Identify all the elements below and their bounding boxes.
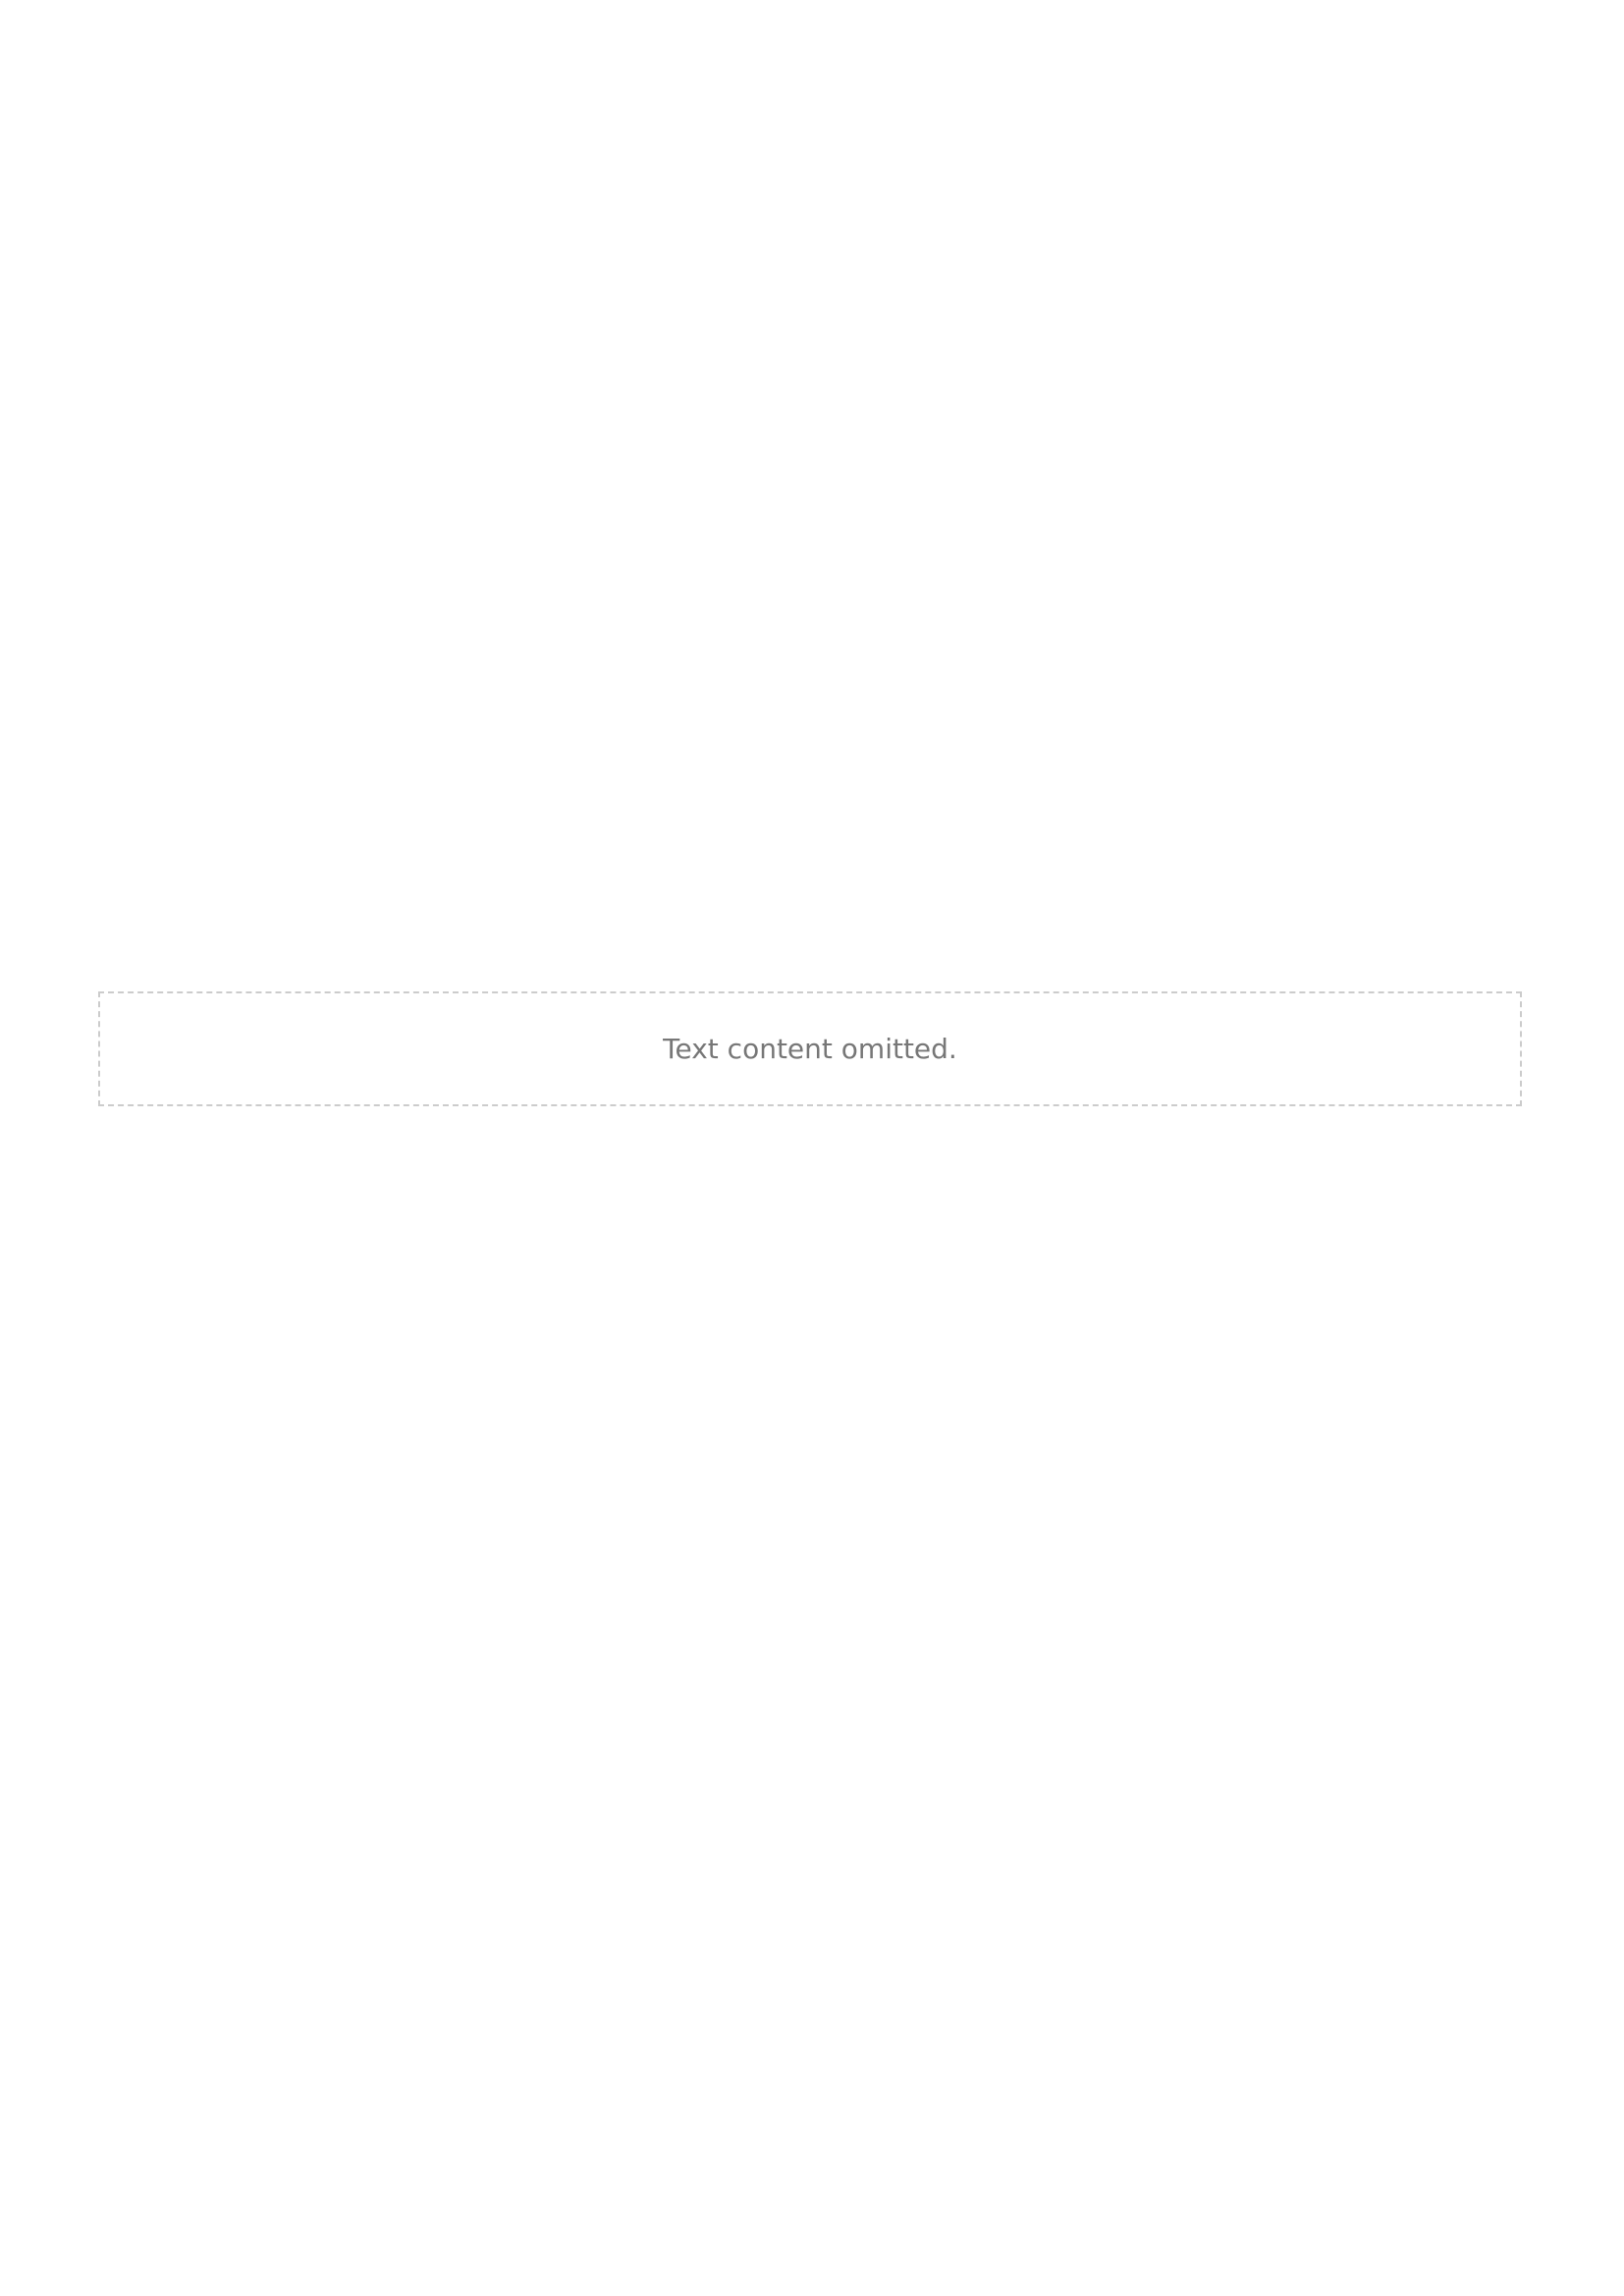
- content-omitted-notice: Text content omitted.: [98, 991, 1522, 1106]
- document-page: Text content omitted.: [98, 108, 1522, 1106]
